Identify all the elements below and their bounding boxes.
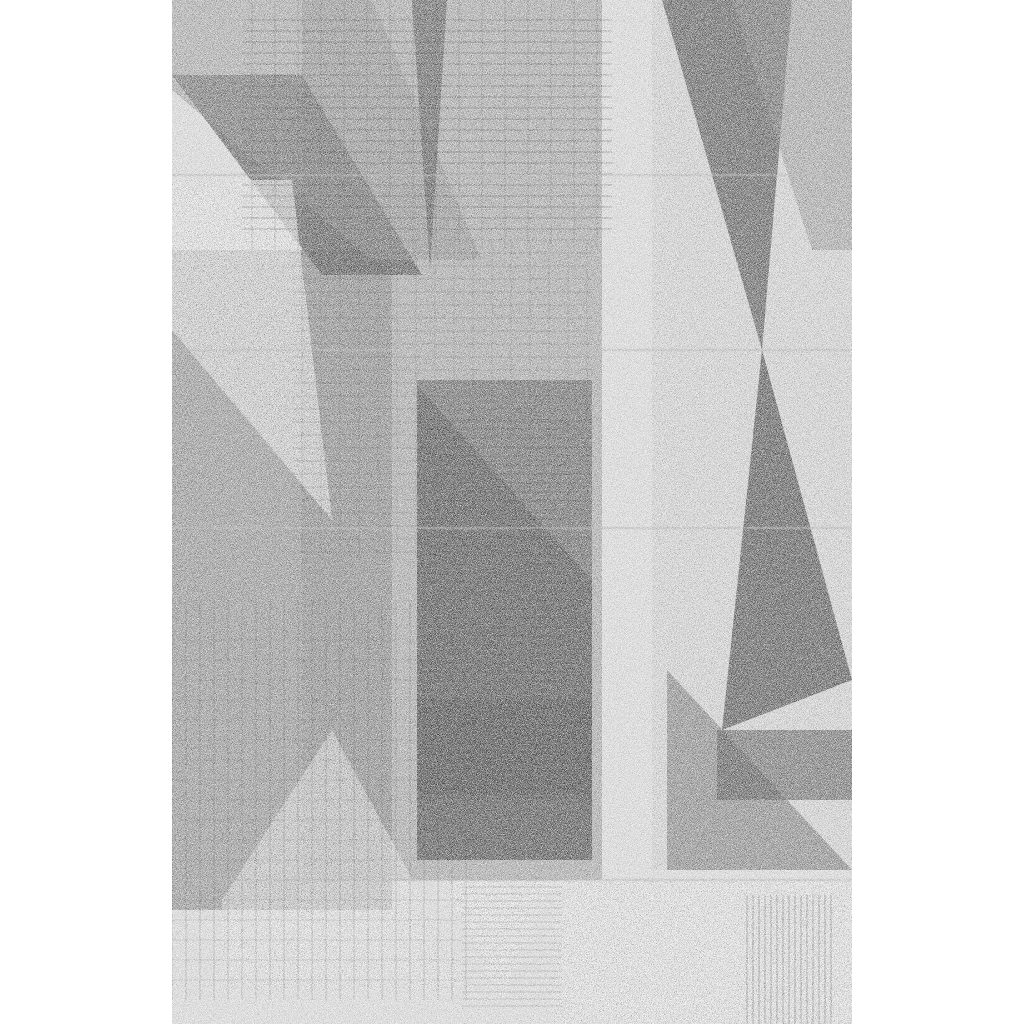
stipple-overlay (172, 0, 852, 1024)
generative-artwork: Untitled generative composition (172, 0, 852, 1024)
artwork-canvas (172, 0, 852, 1024)
